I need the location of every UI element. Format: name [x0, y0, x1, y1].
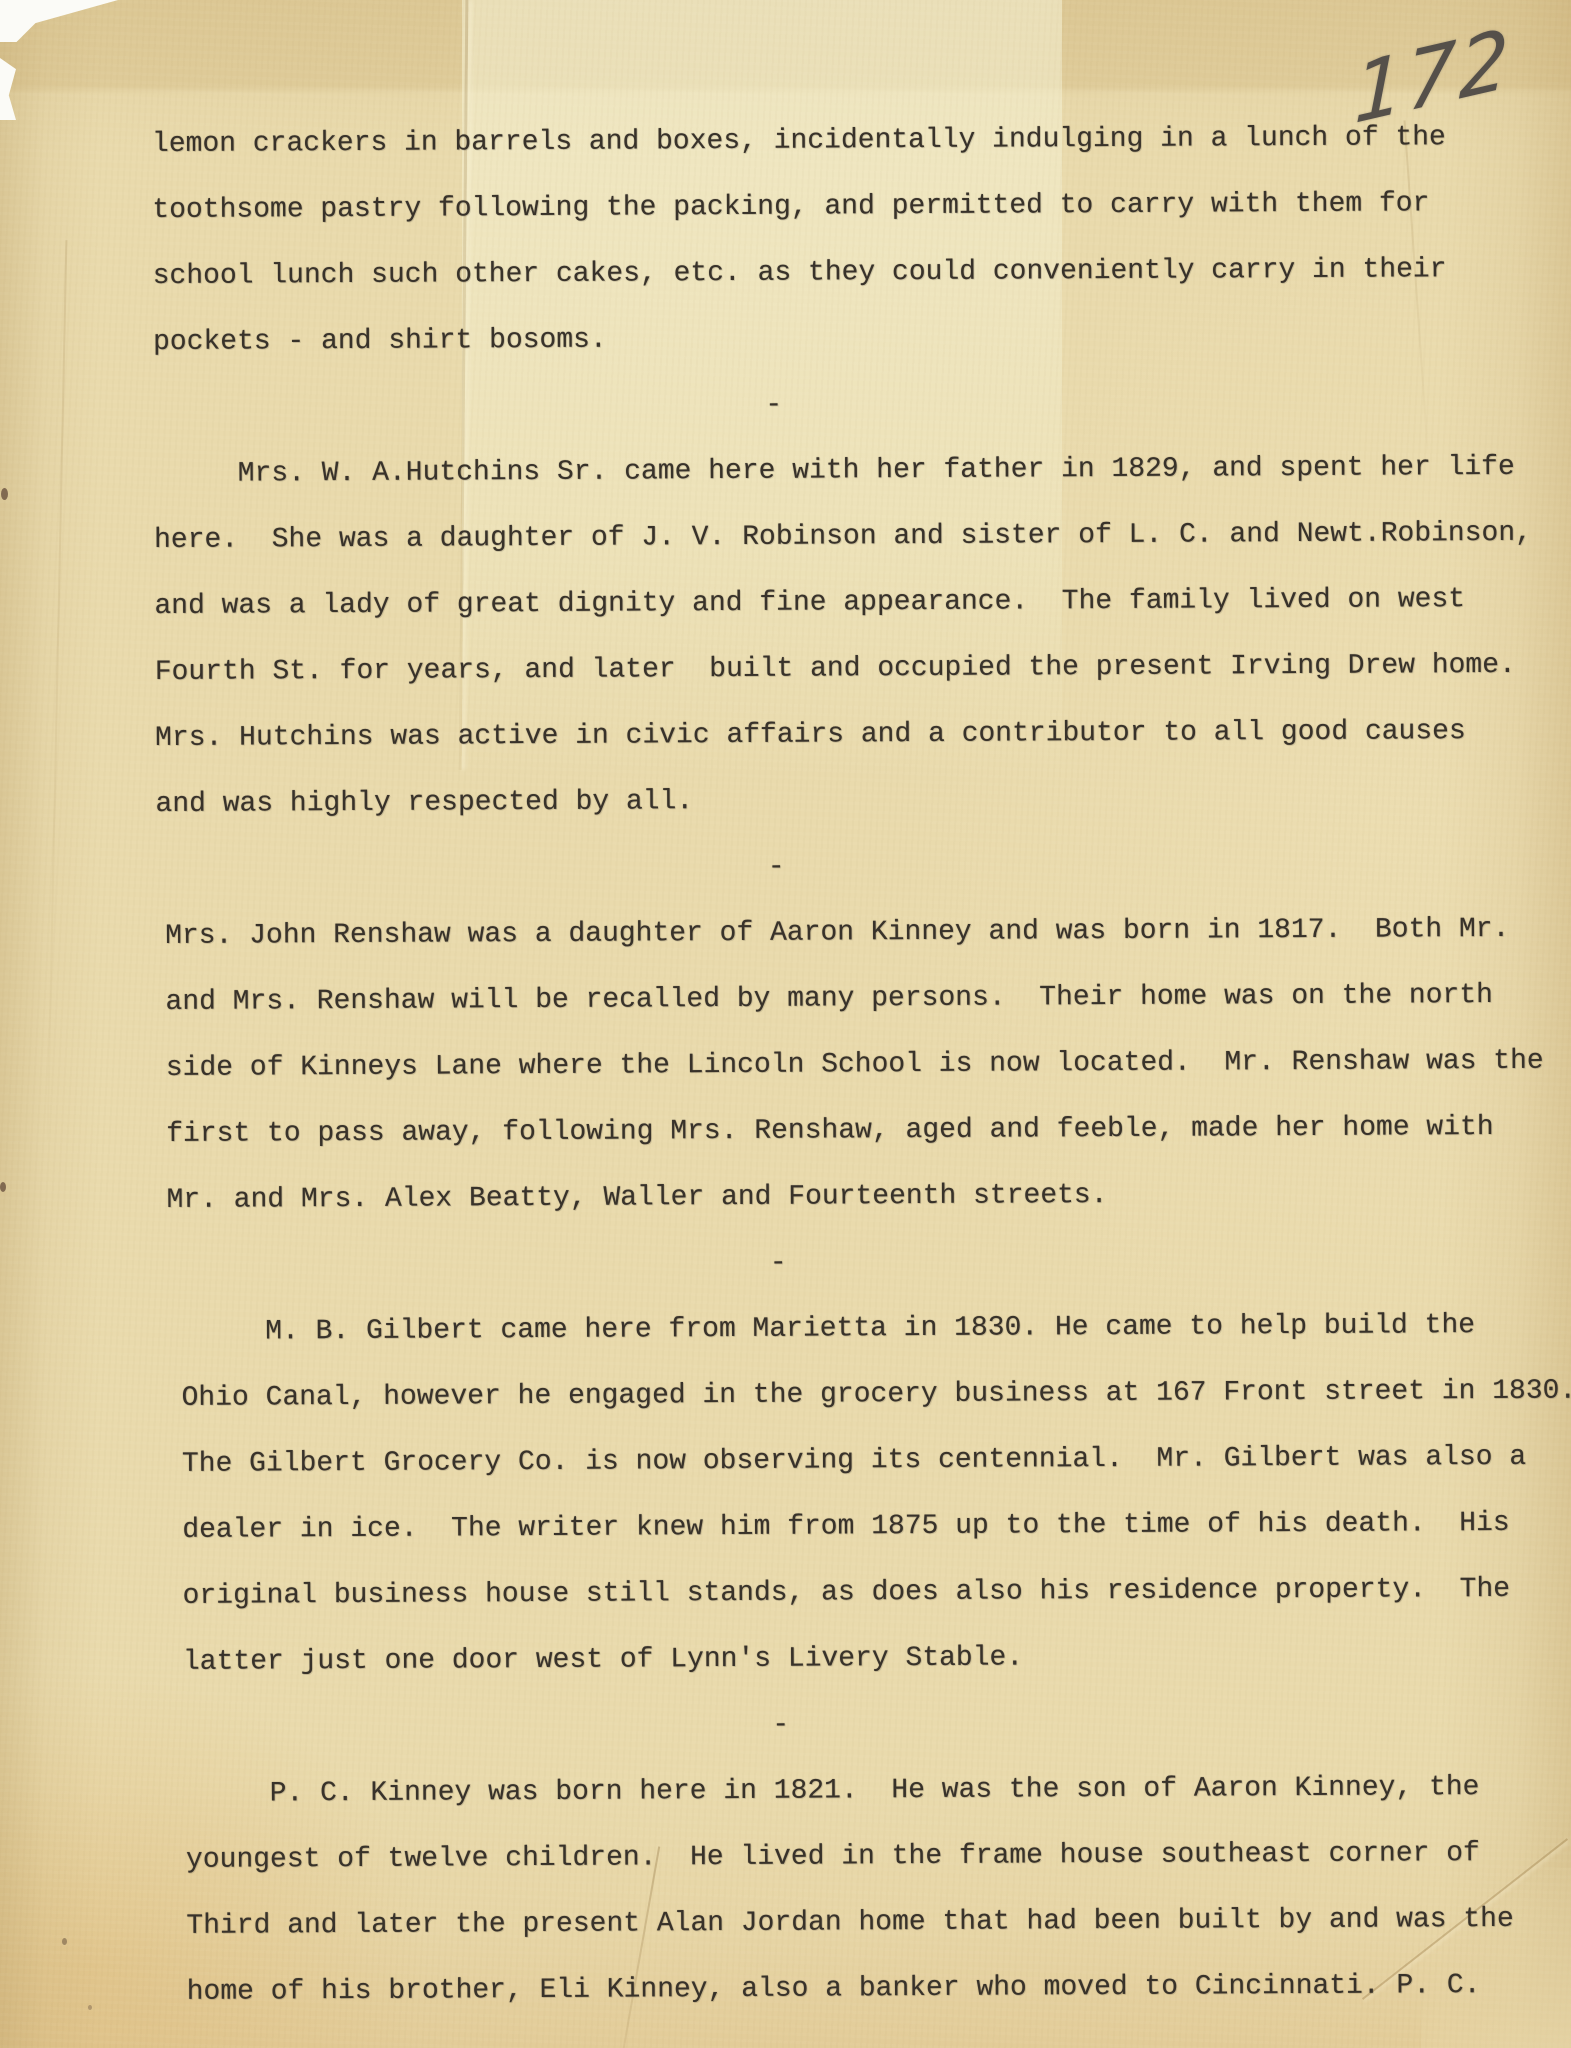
text-line: Mr. and Mrs. Alex Beatty, Waller and Fou… — [166, 1161, 1571, 1234]
text-line: The Gilbert Grocery Co. is now observing… — [182, 1425, 1571, 1498]
text-line: here. She was a daughter of J. V. Robins… — [154, 501, 1571, 574]
text-line: Third and later the present Alan Jordan … — [186, 1887, 1571, 1960]
paragraph-hutchins: Mrs. W. A.Hutchins Sr. came here with he… — [154, 435, 1571, 838]
section-separator: - — [156, 831, 1571, 904]
text-line: toothsome pastry following the packing, … — [152, 171, 1571, 244]
text-line: Mrs. John Renshaw was a daughter of Aaro… — [165, 897, 1571, 970]
text-line: M. B. Gilbert came here from Marietta in… — [181, 1293, 1571, 1366]
text-line: home of his brother, Eli Kinney, also a … — [187, 1953, 1571, 2026]
text-line: latter just one door west of Lynn's Live… — [183, 1623, 1571, 1696]
text-line: Ohio Canal, however he engaged in the gr… — [181, 1359, 1571, 1432]
section-separator: - — [160, 1689, 1571, 1762]
paragraph-gilbert: M. B. Gilbert came here from Marietta in… — [181, 1293, 1571, 1696]
text-line: and was highly respected by all. — [155, 765, 1571, 838]
text-line: pockets - and shirt bosoms. — [153, 303, 1571, 376]
text-line: first to pass away, following Mrs. Rensh… — [166, 1095, 1571, 1168]
text-line: Mrs. Hutchins was active in civic affair… — [155, 699, 1571, 772]
text-line: P. C. Kinney was born here in 1821. He w… — [185, 1755, 1571, 1828]
text-line: and was a lady of great dignity and fine… — [154, 567, 1571, 640]
paragraph-lemon-crackers: lemon crackers in barrels and boxes, inc… — [152, 105, 1571, 376]
text-line: Fourth St. for years, and later built an… — [155, 633, 1571, 706]
text-line: lemon crackers in barrels and boxes, inc… — [152, 105, 1571, 178]
manuscript-page: 172 lemon crackers in barrels and boxes,… — [0, 0, 1571, 2048]
text-line: school lunch such other cakes, etc. as t… — [153, 237, 1571, 310]
section-separator: - — [158, 1227, 1571, 1300]
text-line: youngest of twelve children. He lived in… — [186, 1821, 1571, 1894]
text-line: original business house still stands, as… — [182, 1557, 1571, 1630]
text-line: side of Kinneys Lane where the Lincoln S… — [166, 1029, 1571, 1102]
text-line: dealer in ice. The writer knew him from … — [182, 1491, 1571, 1564]
typewritten-text: lemon crackers in barrels and boxes, inc… — [0, 0, 1571, 2027]
paragraph-kinney: P. C. Kinney was born here in 1821. He w… — [185, 1755, 1571, 2026]
text-line: Mrs. W. A.Hutchins Sr. came here with he… — [154, 435, 1571, 508]
text-line: and Mrs. Renshaw will be recalled by man… — [165, 963, 1571, 1036]
section-separator: - — [153, 369, 1571, 442]
paragraph-renshaw: Mrs. John Renshaw was a daughter of Aaro… — [165, 897, 1571, 1234]
